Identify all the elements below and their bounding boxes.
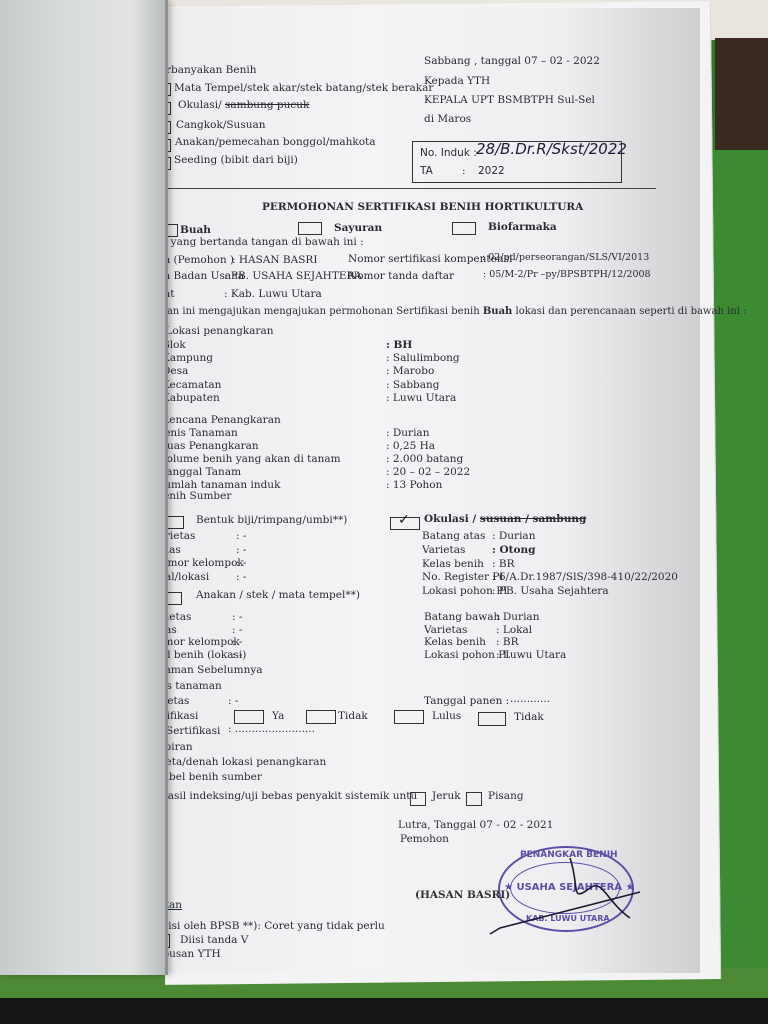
row-value: : - [232, 649, 242, 661]
option-anakan: Anakan/pemecahan bonggol/mahkota [175, 136, 376, 148]
biji-label: Bentuk biji/rimpang/umbi**) [196, 514, 347, 526]
row-label: Varietas [422, 544, 465, 556]
recipient-line-3: di Maros [424, 113, 471, 125]
request-text: ngan ini mengajukan mengajukan permohona… [154, 306, 746, 317]
ta-separator: : [462, 165, 466, 177]
option-cangkok: Cangkok/Susuan [176, 119, 266, 131]
row-value: : - [236, 530, 246, 542]
row-value: : Durian [492, 530, 535, 542]
checkbox-tidak-lulus[interactable] [478, 712, 506, 726]
checkbox-ya[interactable] [234, 710, 264, 724]
row-label: Kabupaten [162, 392, 220, 404]
row-value: : 6/A.Dr.1987/SlS/398-410/22/2020 [492, 571, 678, 583]
row-value: : Durian [386, 427, 429, 439]
address-value: : Kab. Luwu Utara [224, 288, 322, 300]
row-value: : - [236, 544, 246, 556]
category-buah: Buah [180, 224, 211, 236]
company-value: : PB. USAHA SEJAHTERA [224, 270, 362, 282]
anakan-label: Anakan / stek / mata tempel**) [196, 589, 360, 601]
row-value: : BR [496, 636, 519, 648]
row-label: Varietas [424, 624, 467, 636]
option-lulus: Lulus [432, 710, 461, 722]
option-mata-tempel: Mata Tempel/stek akar/stek batang/stek b… [174, 82, 433, 94]
category-sayuran: Sayuran [334, 222, 382, 234]
varietas-value: : - [228, 695, 238, 707]
applicant-intro: mi yang bertanda tangan di bawah ini : [154, 236, 364, 248]
option-tidak-lulus: Tidak [514, 711, 544, 723]
notes-line-1: *):di isi oleh BPSB **): Coret yang tida… [142, 920, 385, 932]
row-label: Volume benih yang akan di tanam [160, 453, 341, 465]
option-seeding: Seeding (bibit dari biji) [174, 154, 298, 166]
lampiran-item: c. Hasil indeksing/uji bebas penyakit si… [146, 790, 417, 802]
option-tidak: Tidak [338, 710, 368, 722]
row-label: Batang bawah [424, 611, 500, 623]
category-biofarmaka: Biofarmaka [488, 221, 557, 233]
checkbox-biofarmaka[interactable] [452, 222, 476, 235]
option-jeruk: Jeruk [432, 790, 461, 802]
checkmark-icon: ✓ [398, 513, 410, 527]
row-value: : - [232, 611, 242, 623]
ta-value: 2022 [478, 165, 505, 177]
row-value: : Durian [496, 611, 539, 623]
row-value: : Luwu Utara [496, 649, 566, 661]
row-value: : BR [492, 558, 515, 570]
row-label: Batang atas [422, 530, 485, 542]
okulasi-label: Okulasi / susuan / sambung [424, 513, 586, 525]
reg-label: Nomor tanda daftar [348, 270, 454, 282]
place-date: Sabbang , tanggal 07 – 02 - 2022 [424, 55, 600, 67]
signature-date: Lutra, Tanggal 07 - 02 - 2021 [398, 819, 553, 831]
checkbox-jeruk[interactable] [410, 792, 426, 806]
lampiran-item: a. Peta/denah lokasi penangkaran [146, 756, 326, 768]
row-value: : BH [386, 339, 412, 351]
cert-value: : 02/pd/perseorangan/SLS/VI/2013 [482, 252, 649, 263]
row-label: Kelas benih [422, 558, 484, 570]
signature-scribble-icon [340, 848, 660, 938]
option-pisang: Pisang [488, 790, 524, 802]
row-value: : Marobo [386, 365, 434, 377]
ta-label: TA [420, 165, 433, 177]
row-label: Kelas benih [424, 636, 486, 648]
signature-role: Pemohon [400, 833, 449, 845]
row-value: : Sabbang [386, 379, 440, 391]
no-sertifikasi-value: : ........................ [228, 723, 315, 735]
row-value: : Otong [492, 544, 536, 556]
section-1-title: 1. Lokasi penangkaran [152, 325, 273, 337]
divider [154, 188, 656, 189]
option-ya: Ya [272, 710, 284, 722]
checkbox-tidak[interactable] [306, 710, 336, 724]
row-value: : Luwu Utara [386, 392, 456, 404]
checkbox-pisang[interactable] [466, 792, 482, 806]
background-wood [715, 38, 768, 153]
induk-label: No. Induk : [420, 147, 477, 159]
row-label: Luas Penangkaran [160, 440, 259, 452]
recipient-line-1: Kepada YTH [424, 75, 490, 87]
row-value: : - [236, 571, 246, 583]
checkbox-lulus[interactable] [394, 710, 424, 724]
reg-value: : 05/M-2/Pr –py/BPSBTPH/12/2008 [483, 269, 651, 280]
row-value: : - [232, 636, 242, 648]
row-label: Tanggal Tanam [160, 466, 241, 478]
row-value: : 2.000 batang [386, 453, 463, 465]
notes-line-2: Diisi tanda V [180, 934, 248, 946]
previous-page-curl [0, 0, 168, 975]
row-value: : - [236, 557, 246, 569]
row-value: : Lokal [496, 624, 532, 636]
document-page: rbanyakan Benih Mata Tempel/stek akar/st… [140, 8, 700, 973]
propagation-section-label: rbanyakan Benih [166, 64, 257, 76]
row-value: : 20 – 02 – 2022 [386, 466, 470, 478]
induk-value: 28/B.Dr.R/Skst/2022 [476, 140, 627, 158]
row-label: Kampung [162, 352, 213, 364]
row-value: : 13 Pohon [386, 479, 442, 491]
row-value: : 0,25 Ha [386, 440, 435, 452]
option-okulasi: Okulasi/ sambung pucuk [178, 99, 309, 111]
page-title: PERMOHONAN SERTIFIKASI BENIH HORTIKULTUR… [262, 201, 583, 213]
row-value: : PB. Usaha Sejahtera [492, 585, 609, 597]
row-value: : - [232, 624, 242, 636]
recipient-line-2: KEPALA UPT BSMBTPH Sul-Sel [424, 94, 595, 106]
applicant-name-value: : HASAN BASRI [232, 254, 317, 266]
panen-value: ............ [510, 693, 550, 705]
row-value: : Salulimbong [386, 352, 460, 364]
row-label: Jenis Tanaman [160, 427, 238, 439]
row-label: Kecamatan [162, 379, 221, 391]
panen-label: Tanggal panen : [424, 695, 509, 707]
checkbox-sayuran[interactable] [298, 222, 322, 235]
background-floor [0, 998, 768, 1024]
